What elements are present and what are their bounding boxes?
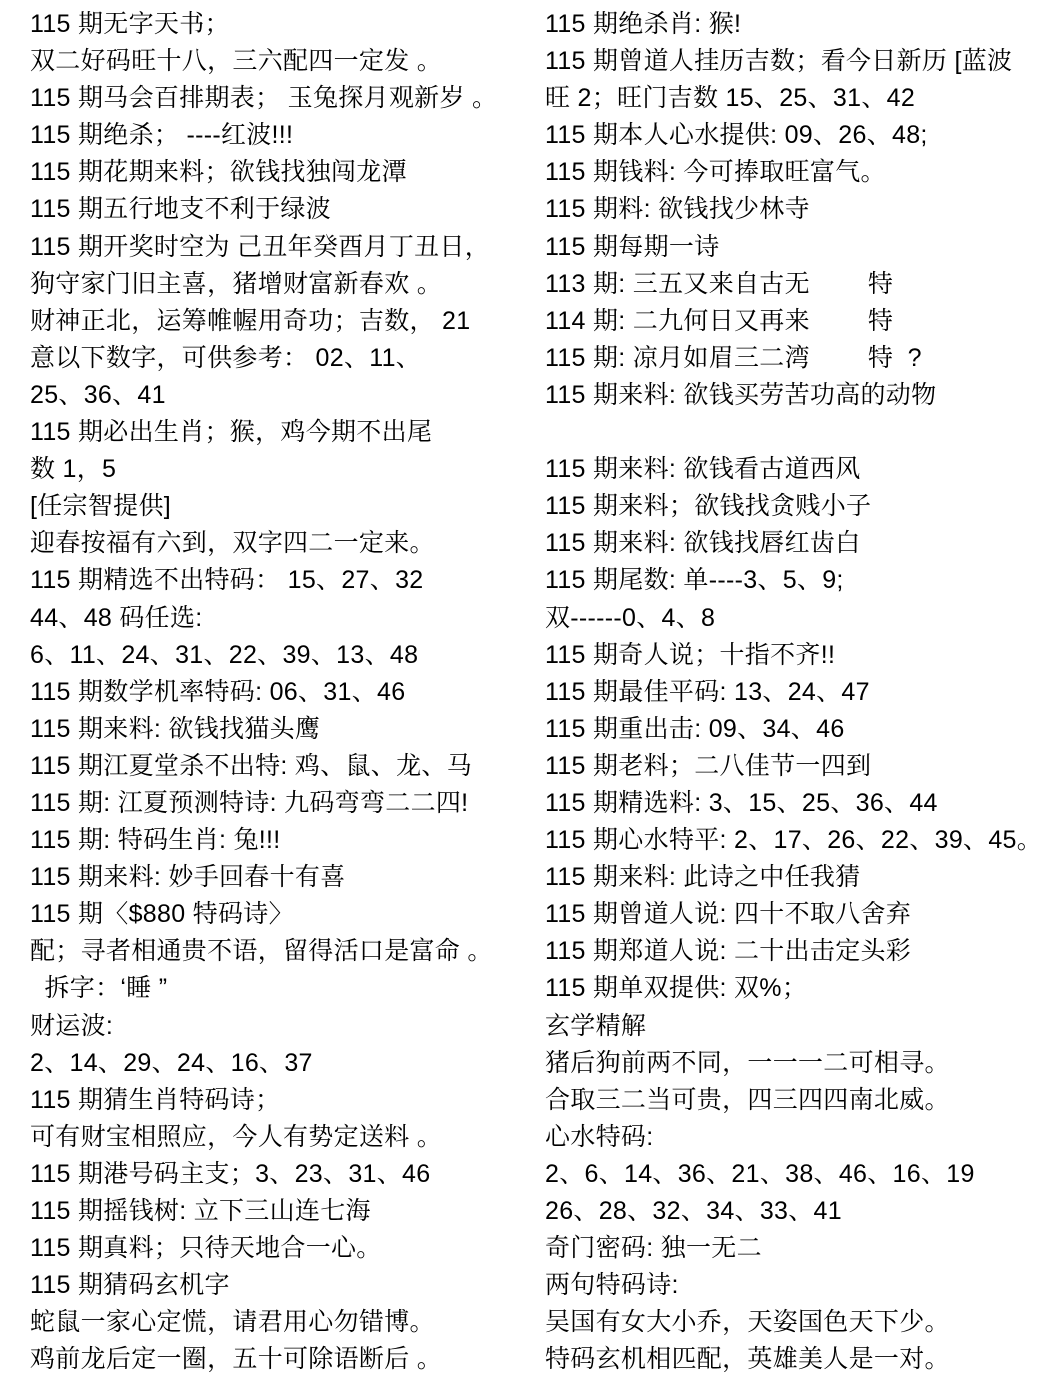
text-line: 115 期花期来料；欲钱找独闯龙潭 <box>30 154 525 191</box>
text-line: 115 期必出生肖；猴，鸡今期不出尾 <box>30 414 525 451</box>
document-page: 115 期无字天书；双二好码旺十八，三六配四一定发 。115 期马会百排期表； … <box>0 0 1041 1388</box>
text-line: 44、48 码任选: <box>30 600 525 637</box>
text-line: 115 期五行地支不利于绿波 <box>30 191 525 228</box>
text-line: 双------0、4、8 <box>545 600 1037 637</box>
text-line: 115 期曾道人挂历吉数；看今日新历 [蓝波 <box>545 43 1037 80</box>
left-column: 115 期无字天书；双二好码旺十八，三六配四一定发 。115 期马会百排期表； … <box>30 6 525 1378</box>
text-line: 115 期钱料: 今可捧取旺富气。 <box>545 154 1037 191</box>
text-line: 115 期本人心水提供: 09、26、48; <box>545 117 1037 154</box>
text-line: 2、6、14、36、21、38、46、16、19 <box>545 1156 1037 1193</box>
text-line: 115 期〈$880 特码诗〉 <box>30 896 525 933</box>
text-line: 115 期奇人说；十指不齐!! <box>545 637 1037 674</box>
text-line: 115 期郑道人说: 二十出击定头彩 <box>545 933 1037 970</box>
text-line: 115 期精选不出特码： 15、27、32 <box>30 562 525 599</box>
text-line: 115 期摇钱树: 立下三山连七海 <box>30 1193 525 1230</box>
text-line: 115 期每期一诗 <box>545 229 1037 266</box>
text-line <box>545 414 1037 451</box>
text-line: 鸡前龙后定一圈，五十可除语断后 。 <box>30 1341 525 1378</box>
text-line: 115 期来料: 欲钱看古道西风 <box>545 451 1037 488</box>
text-line: 115 期绝杀； ----红波!!! <box>30 117 525 154</box>
text-line: 115 期单双提供: 双%； <box>545 970 1037 1007</box>
text-line: 旺 2；旺门吉数 15、25、31、42 <box>545 80 1037 117</box>
text-line: 115 期: 特码生肖: 兔!!! <box>30 822 525 859</box>
text-line: 115 期: 凉月如眉三二湾 特 ? <box>545 340 1037 377</box>
text-line: 吴国有女大小乔，天姿国色天下少。 <box>545 1304 1037 1341</box>
text-line: 猪后狗前两不同，一一一二可相寻。 <box>545 1045 1037 1082</box>
text-line: 115 期开奖时空为 己丑年癸酉月丁丑日， <box>30 229 525 266</box>
text-line: 25、36、41 <box>30 377 525 414</box>
text-line: 可有财宝相照应，今人有势定送料 。 <box>30 1119 525 1156</box>
text-line: 115 期来料: 欲钱找唇红齿白 <box>545 525 1037 562</box>
text-line: 115 期心水特平: 2、17、26、22、39、45。 <box>545 822 1037 859</box>
text-line: 115 期: 江夏预测特诗: 九码弯弯二二四! <box>30 785 525 822</box>
text-line: 26、28、32、34、33、41 <box>545 1193 1037 1230</box>
text-line: 两句特码诗: <box>545 1267 1037 1304</box>
text-line: 迎春按福有六到，双字四二一定来。 <box>30 525 525 562</box>
text-line: 115 期精选料: 3、15、25、36、44 <box>545 785 1037 822</box>
text-line: 115 期江夏堂杀不出特: 鸡、鼠、龙、马 <box>30 748 525 785</box>
text-line: 115 期数学机率特码: 06、31、46 <box>30 674 525 711</box>
text-line: 115 期猜码玄机字 <box>30 1267 525 1304</box>
text-line: 蛇鼠一家心定慌，请君用心勿错博。 <box>30 1304 525 1341</box>
text-line: 115 期港号码主支；3、23、31、46 <box>30 1156 525 1193</box>
text-line: 奇门密码: 独一无二 <box>545 1230 1037 1267</box>
text-line: 115 期无字天书； <box>30 6 525 43</box>
text-line: 财运波: <box>30 1008 525 1045</box>
text-line: 玄学精解 <box>545 1008 1037 1045</box>
text-line: 狗守家门旧主喜，猪增财富新春欢 。 <box>30 266 525 303</box>
text-line: 115 期料: 欲钱找少林寺 <box>545 191 1037 228</box>
text-line: 拆字：‘睡 ” <box>30 970 525 1007</box>
text-line: [任宗智提供] <box>30 488 525 525</box>
text-line: 2、14、29、24、16、37 <box>30 1045 525 1082</box>
text-line: 115 期马会百排期表； 玉兔探月观新岁 。 <box>30 80 525 117</box>
text-line: 财神正北，运筹帷幄用奇功；吉数， 21 <box>30 303 525 340</box>
text-line: 113 期: 三五又来自古无 特 <box>545 266 1037 303</box>
text-line: 6、11、24、31、22、39、13、48 <box>30 637 525 674</box>
text-line: 115 期真料；只待天地合一心。 <box>30 1230 525 1267</box>
text-line: 115 期来料: 此诗之中任我猜 <box>545 859 1037 896</box>
text-line: 合取三二当可贵，四三四四南北威。 <box>545 1082 1037 1119</box>
text-line: 115 期老料；二八佳节一四到 <box>545 748 1037 785</box>
text-line: 数 1，5 <box>30 451 525 488</box>
text-line: 115 期尾数: 单----3、5、9; <box>545 562 1037 599</box>
text-line: 115 期来料；欲钱找贪贱小子 <box>545 488 1037 525</box>
text-line: 115 期猜生肖特码诗； <box>30 1082 525 1119</box>
text-line: 配；寻者相通贵不语，留得活口是富命 。 <box>30 933 525 970</box>
text-line: 115 期绝杀肖: 猴! <box>545 6 1037 43</box>
text-line: 115 期来料: 欲钱买劳苦功高的动物 <box>545 377 1037 414</box>
right-column: 115 期绝杀肖: 猴!115 期曾道人挂历吉数；看今日新历 [蓝波旺 2；旺门… <box>545 6 1037 1378</box>
text-line: 114 期: 二九何日又再来 特 <box>545 303 1037 340</box>
text-line: 115 期来料: 欲钱找猫头鹰 <box>30 711 525 748</box>
text-line: 115 期重出击: 09、34、46 <box>545 711 1037 748</box>
text-line: 意以下数字，可供参考： 02、11、 <box>30 340 525 377</box>
text-line: 双二好码旺十八，三六配四一定发 。 <box>30 43 525 80</box>
text-line: 115 期来料: 妙手回春十有喜 <box>30 859 525 896</box>
text-line: 115 期曾道人说: 四十不取八舍弃 <box>545 896 1037 933</box>
text-line: 115 期最佳平码: 13、24、47 <box>545 674 1037 711</box>
text-line: 心水特码: <box>545 1119 1037 1156</box>
text-line: 特码玄机相匹配，英雄美人是一对。 <box>545 1341 1037 1378</box>
